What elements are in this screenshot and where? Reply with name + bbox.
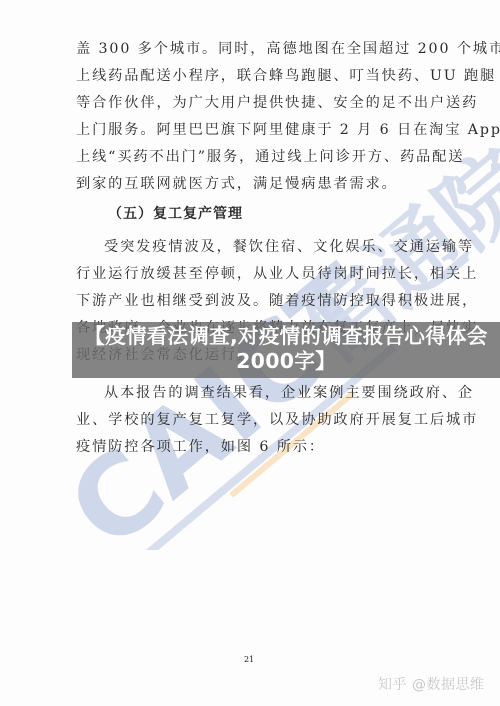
page-number: 21 bbox=[244, 655, 254, 664]
text-line: 疫情防控各项工作，如图 6 所示： bbox=[76, 438, 325, 456]
text-line: 到家的互联网就医方式，满足慢病患者需求。 bbox=[76, 175, 398, 193]
text-line: 下游产业也相继受到波及。随着疫情防控取得积极进展， bbox=[76, 292, 478, 310]
section-heading: （五）复工复产管理 bbox=[108, 205, 243, 223]
text-line: 上线药品配送小程序，联合蜂鸟跑腿、叮当快药、UU 跑腿 bbox=[76, 67, 496, 85]
zhihu-credit: 知乎 @数据思维 bbox=[378, 674, 484, 694]
title-banner[interactable]: 【疫情看法调查,对疫情的调查报告心得体会2000字】 bbox=[72, 322, 500, 378]
text-line: 受突发疫情波及，餐饮住宿、文化娱乐、交通运输等 bbox=[104, 238, 474, 256]
text-line: 盖 300 多个城市。同时，高德地图在全国超过 200 个城市 bbox=[76, 40, 500, 58]
text-line: 从本报告的调查结果看，企业案例主要围绕政府、企 bbox=[104, 384, 474, 402]
text-line: 上门服务。阿里巴巴旗下阿里健康于 2 月 6 日在淘宝 App bbox=[76, 121, 500, 139]
text-line: 业、学校的复产复工复学，以及协助政府开展复工后城市 bbox=[76, 411, 478, 429]
text-line: 行业运行放缓甚至停顿，从业人员待岗时间拉长，相关上 bbox=[76, 265, 478, 283]
banner-title: 【疫情看法调查,对疫情的调查报告心得体会2000字】 bbox=[72, 324, 500, 374]
text-line: 等合作伙伴，为广大用户提供快捷、安全的足不出户送药 bbox=[76, 94, 478, 112]
text-line: 上线“买药不出门”服务，通过线上问诊开方、药品配送 bbox=[76, 148, 464, 166]
